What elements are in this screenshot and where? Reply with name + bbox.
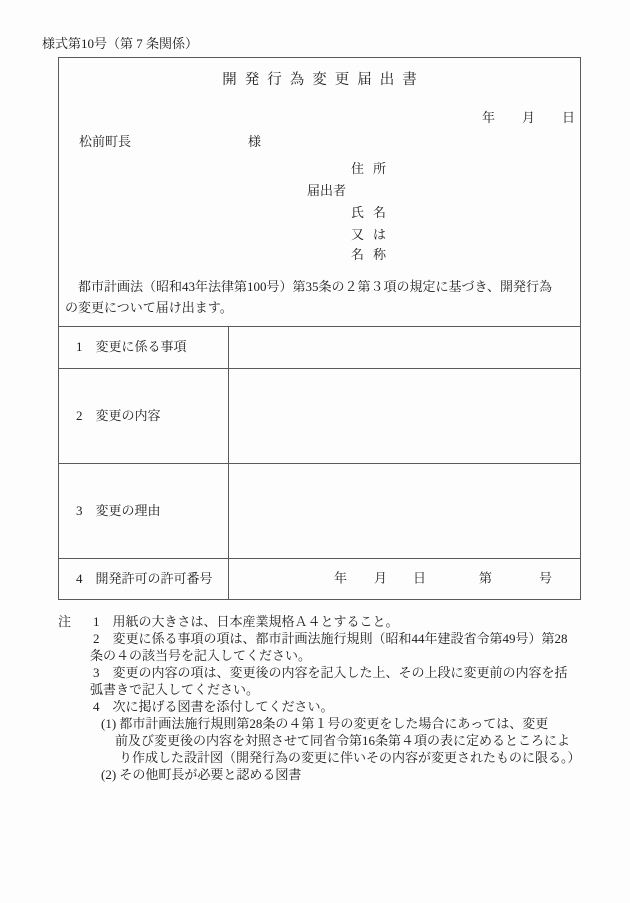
- row-label: 変更の内容: [96, 408, 161, 425]
- table-row-change-reason: 3 変更の理由: [59, 463, 580, 558]
- row-label: 変更に係る事項: [96, 339, 187, 356]
- row-value-cell: [229, 327, 580, 368]
- document-page: 様式第10号（第 7 条関係） 開発行為変更届出書 年 月 日 松前町長 様 住…: [0, 0, 630, 903]
- row-value-cell: [229, 369, 580, 463]
- row-value-cell: [229, 464, 580, 558]
- table-row-change-items: 1 変更に係る事項: [59, 326, 580, 368]
- declarant-or-label: 又は: [351, 227, 395, 244]
- declarant-title-label: 名称: [351, 247, 395, 264]
- declaration-paragraph-line-2: の変更について届け出ます。: [65, 300, 577, 317]
- row-label: 変更の理由: [96, 503, 161, 520]
- note-line-change-items-1: 2 変更に係る事項の項は、都市計画法施行規則（昭和44年建設省令第49号）第28: [93, 631, 568, 648]
- row-label-cell: 1 変更に係る事項: [59, 327, 229, 368]
- declarant-group-label: 届出者: [307, 183, 346, 200]
- note-line-attachment-1c: り作成した設計図（開発行為の変更に伴いその内容が変更されたものに限る。）: [119, 750, 581, 767]
- note-line-change-content-2: 弧書きで記入してください。: [90, 682, 259, 699]
- permit-day-label: 日: [413, 571, 426, 588]
- notes-heading: 注: [58, 614, 71, 631]
- row-label-cell: 4 開発許可の許可番号: [59, 559, 229, 599]
- permit-month-label: 月: [374, 571, 387, 588]
- table-row-change-content: 2 変更の内容: [59, 368, 580, 463]
- row-value-cell: 年 月 日 第 号: [229, 559, 580, 599]
- form-number-label: 様式第10号（第 7 条関係）: [42, 36, 198, 53]
- row-label-cell: 3 変更の理由: [59, 464, 229, 558]
- row-number: 1: [76, 339, 83, 356]
- permit-number-prefix-label: 第: [479, 571, 492, 588]
- date-day-label: 日: [562, 110, 575, 127]
- row-number: 2: [76, 408, 83, 425]
- row-label: 開発許可の許可番号: [96, 571, 213, 588]
- note-line-attachment-2: (2) その他町長が必要と認める図書: [101, 767, 301, 784]
- row-number: 3: [76, 503, 83, 520]
- permit-number-suffix-label: 号: [539, 571, 552, 588]
- row-label-cell: 2 変更の内容: [59, 369, 229, 463]
- declarant-name-label: 氏名: [351, 205, 395, 222]
- note-line-change-items-2: 条の４の該当号を記入してください。: [90, 648, 311, 665]
- addressee-name: 松前町長: [79, 134, 131, 151]
- date-month-label: 月: [522, 110, 535, 127]
- form-box: 開発行為変更届出書 年 月 日 松前町長 様 住所 届出者 氏名 又は 名称 都…: [58, 57, 581, 600]
- permit-year-label: 年: [334, 571, 347, 588]
- addressee-honorific: 様: [248, 134, 261, 151]
- note-line-paper-size: 1 用紙の大きさは、日本産業規格Ａ４とすること。: [93, 614, 399, 631]
- date-year-label: 年: [482, 110, 495, 127]
- table-row-permit-number: 4 開発許可の許可番号 年 月 日 第 号: [59, 558, 580, 599]
- row-number: 4: [76, 571, 83, 588]
- declarant-address-label: 住所: [351, 161, 395, 178]
- note-line-change-content-1: 3 変更の内容の項は、変更後の内容を記入した上、その上段に変更前の内容を括: [93, 665, 568, 682]
- note-line-attachment-1b: 前及び変更後の内容を対照させて同省令第16条第４項の表に定めるところによ: [115, 733, 570, 750]
- note-line-attachment-1a: (1) 都市計画法施行規則第28条の４第１号の変更をした場合にあっては、変更: [101, 716, 548, 733]
- declaration-paragraph-line-1: 都市計画法（昭和43年法律第100号）第35条の２第３項の規定に基づき、開発行為: [65, 279, 577, 296]
- form-title: 開発行為変更届出書: [59, 71, 580, 90]
- note-line-attachments: 4 次に掲げる図書を添付してください。: [93, 699, 334, 716]
